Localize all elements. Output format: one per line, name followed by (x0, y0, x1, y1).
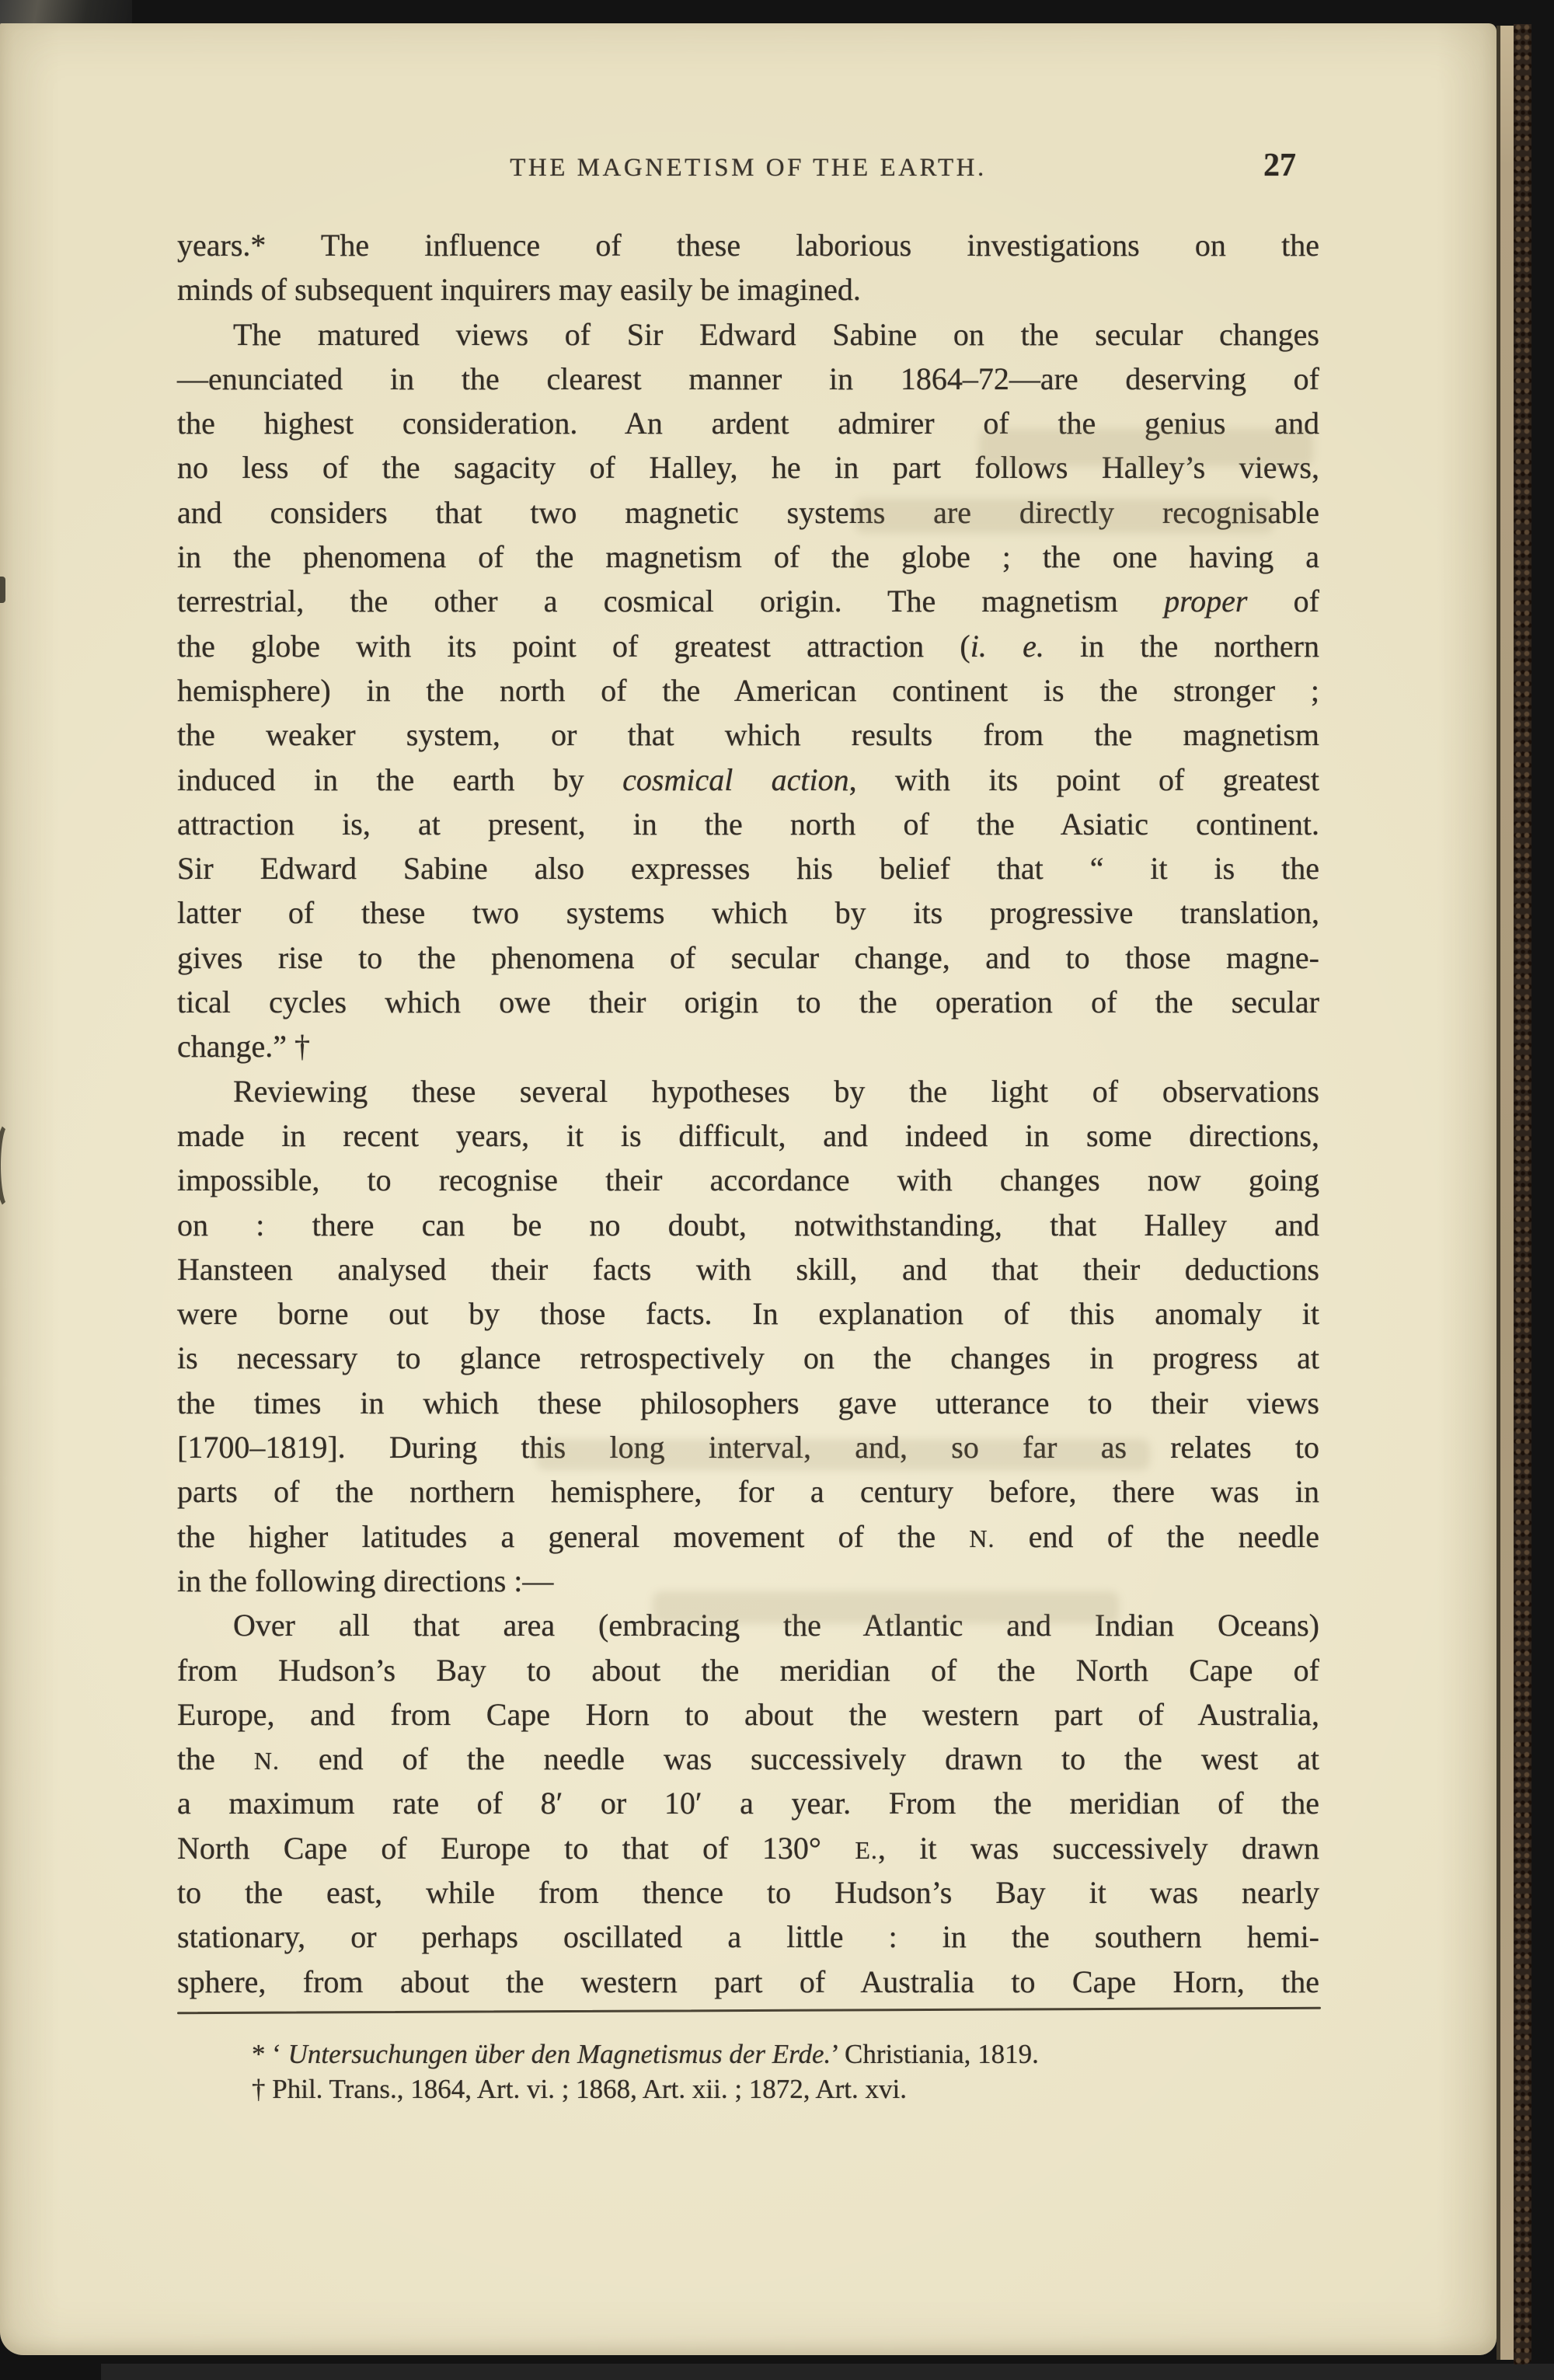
text-line: from Hudson’s Bay to about the meridian … (177, 1648, 1319, 1692)
scanned-book-spread: THE MAGNETISM OF THE EARTH. 27 years.* T… (0, 0, 1554, 2380)
page-number: 27 (1134, 147, 1296, 184)
text-line: is necessary to glance retrospectively o… (177, 1336, 1319, 1380)
text-line: the globe with its point of greatest att… (177, 624, 1319, 668)
text-line: impossible, to recognise their accordanc… (177, 1158, 1319, 1202)
show-through-smudge (855, 499, 1274, 533)
scan-artifact (0, 577, 5, 603)
text-line: to the east, while from thence to Hudson… (177, 1870, 1319, 1915)
text-line: terrestrial, the other a cosmical origin… (177, 579, 1319, 623)
book-cover-top-edge (0, 0, 132, 24)
show-through-smudge (653, 1591, 1119, 1624)
text-line: the N. end of the needle was successivel… (177, 1737, 1319, 1781)
text-line: on : there can be no doubt, notwithstand… (177, 1203, 1319, 1247)
text-line: Sir Edward Sabine also expresses his bel… (177, 846, 1319, 890)
text-line: North Cape of Europe to that of 130° E.,… (177, 1826, 1319, 1870)
text-line: made in recent years, it is difficult, a… (177, 1113, 1319, 1158)
text-line: Europe, and from Cape Horn to about the … (177, 1692, 1319, 1737)
text-line: gives rise to the phenomena of secular c… (177, 936, 1319, 980)
text-line: were borne out by those facts. In explan… (177, 1291, 1319, 1336)
show-through-smudge (979, 429, 1313, 466)
text-line: parts of the northern hemisphere, for a … (177, 1469, 1319, 1514)
text-line: The matured views of Sir Edward Sabine o… (177, 312, 1319, 357)
footnotes: * ‘ Untersuchungen über den Magnetismus … (177, 2037, 1319, 2106)
text-line: Reviewing these several hypotheses by th… (177, 1069, 1319, 1113)
text-line: years.* The influence of these laborious… (177, 223, 1319, 267)
text-line: Hansteen analysed their facts with skill… (177, 1247, 1319, 1291)
text-line: minds of subsequent inquirers may easily… (177, 267, 1319, 312)
text-line: the weaker system, or that which results… (177, 713, 1319, 757)
footnote-line: * ‘ Untersuchungen über den Magnetismus … (177, 2037, 1319, 2072)
footnote-line: † Phil. Trans., 1864, Art. vi. ; 1868, A… (177, 2072, 1319, 2106)
text-line: induced in the earth by cosmical action,… (177, 758, 1319, 802)
text-line: sphere, from about the western part of A… (177, 1960, 1319, 2004)
text-line: the times in which these philosophers ga… (177, 1381, 1319, 1425)
text-line: hemisphere) in the north of the American… (177, 668, 1319, 713)
text-line: the higher latitudes a general movement … (177, 1514, 1319, 1559)
text-line: attraction is, at present, in the north … (177, 802, 1319, 846)
background-shadow-band (101, 2364, 1554, 2380)
text-line: in the phenomena of the magnetism of the… (177, 535, 1319, 579)
show-through-smudge (536, 1439, 1150, 1470)
text-line: change.” † (177, 1024, 1319, 1068)
text-line: latter of these two systems which by its… (177, 890, 1319, 935)
text-line: tical cycles which owe their origin to t… (177, 980, 1319, 1024)
book-cover-right-edge (1514, 24, 1531, 2364)
body-text: years.* The influence of these laborious… (177, 223, 1319, 2004)
text-line: a maximum rate of 8′ or 10′ a year. From… (177, 1781, 1319, 1825)
text-line: stationary, or perhaps oscillated a litt… (177, 1915, 1319, 1959)
text-line: —enunciated in the clearest manner in 18… (177, 357, 1319, 401)
